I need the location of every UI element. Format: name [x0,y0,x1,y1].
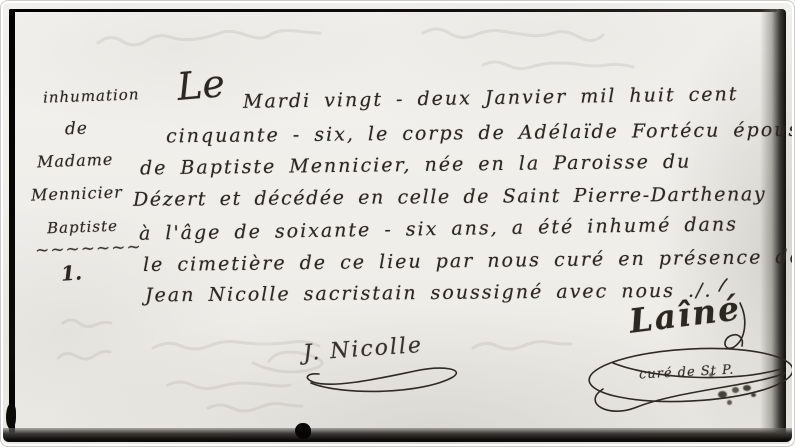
sacristan-flourish-path [307,368,456,391]
priest-seal-inner-stroke [613,363,781,378]
priest-paraph-tick [719,279,727,291]
document-scan-viewport: inhumation de Madame Mennicier Baptiste … [0,0,795,447]
register-page: inhumation de Madame Mennicier Baptiste … [3,3,792,444]
priest-paraph-path [725,303,745,348]
priest-seal-ellipse [588,344,792,407]
signature-flourishes [3,3,792,444]
